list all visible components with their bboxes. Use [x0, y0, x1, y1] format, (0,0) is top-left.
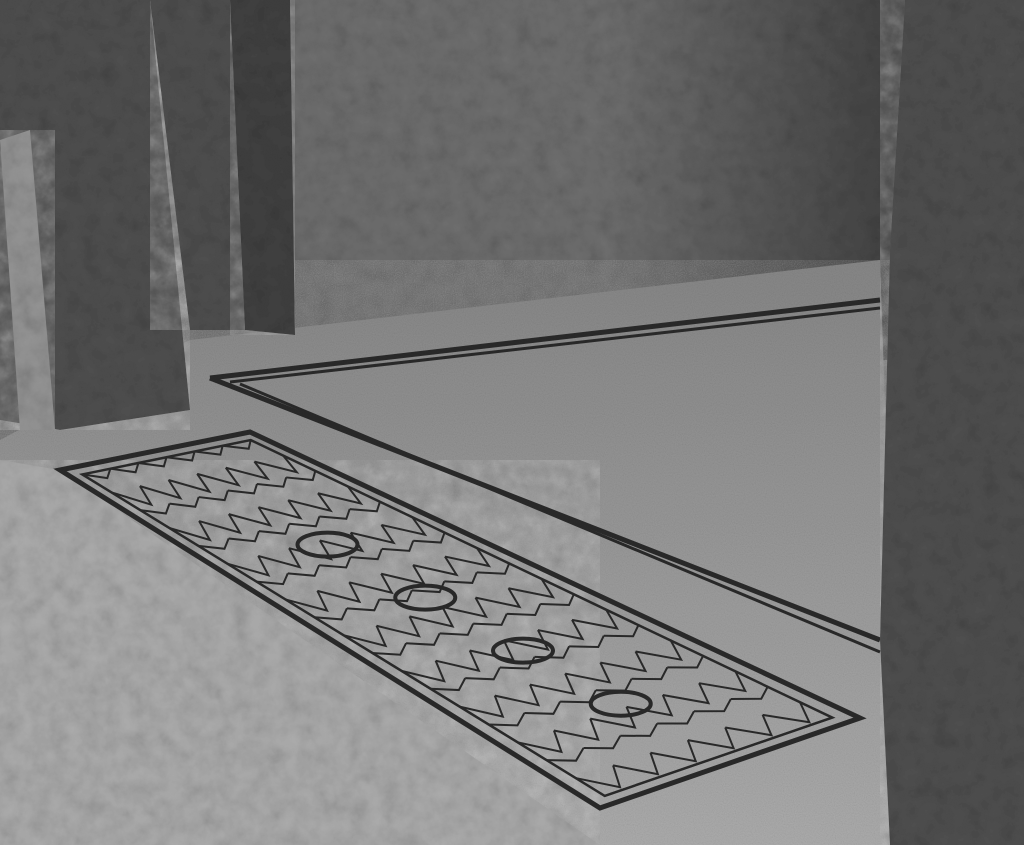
film-grain	[0, 0, 1024, 845]
scene-svg	[0, 0, 1024, 845]
photograph	[0, 0, 1024, 845]
